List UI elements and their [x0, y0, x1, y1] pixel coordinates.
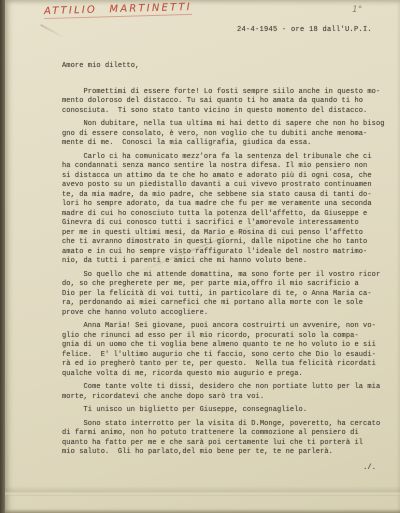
- letter-paragraph: Non dubitare, nella tua ultima mi hai de…: [62, 120, 382, 149]
- letter-paragraph: So quello che mi attende domattina, ma s…: [62, 271, 382, 319]
- letter-paragraph: Sono stato interrotto per la visita di D…: [62, 420, 382, 458]
- letter-body: Amore mio diletto, Promettimi di essere …: [62, 62, 382, 477]
- paper-crease-topleft: [40, 24, 64, 38]
- letter-paragraph: Promettimi di essere forte! Lo fosti sem…: [62, 88, 382, 117]
- paper-bottom-edge: [5, 509, 400, 513]
- scanned-letter-page: ATTILIO MARTINETTI 1° 24-4-1945 - ore 18…: [0, 0, 400, 513]
- salutation: Amore mio diletto,: [62, 62, 382, 72]
- dateline: 24-4-1945 - ore 18 dall'U.P.I.: [237, 26, 372, 34]
- letter-paragraph: Carlo ci ha comunicato mezz'ora fa la se…: [62, 153, 382, 267]
- letter-paragraph: Come tante volte ti dissi, desidero che …: [62, 383, 382, 402]
- letter-paragraph: Ti unisco un biglietto per Giuseppe, con…: [62, 406, 382, 416]
- page-number-annotation: 1°: [352, 5, 362, 15]
- end-of-page-mark: ./.: [62, 464, 382, 474]
- letter-paragraph: Anna Maria! Sei giovane, puoi ancora cos…: [62, 322, 382, 379]
- paper-crease-bottom: [5, 486, 400, 496]
